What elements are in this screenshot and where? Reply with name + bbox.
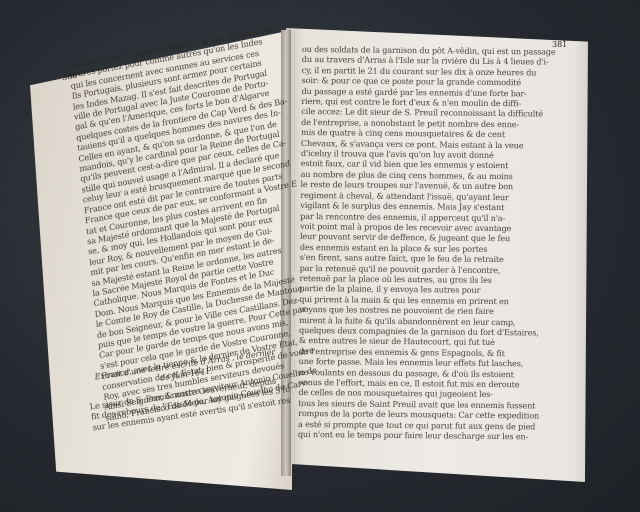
right-page-body: ou des soldats de la garnison du pôt A-v… xyxy=(298,44,570,442)
